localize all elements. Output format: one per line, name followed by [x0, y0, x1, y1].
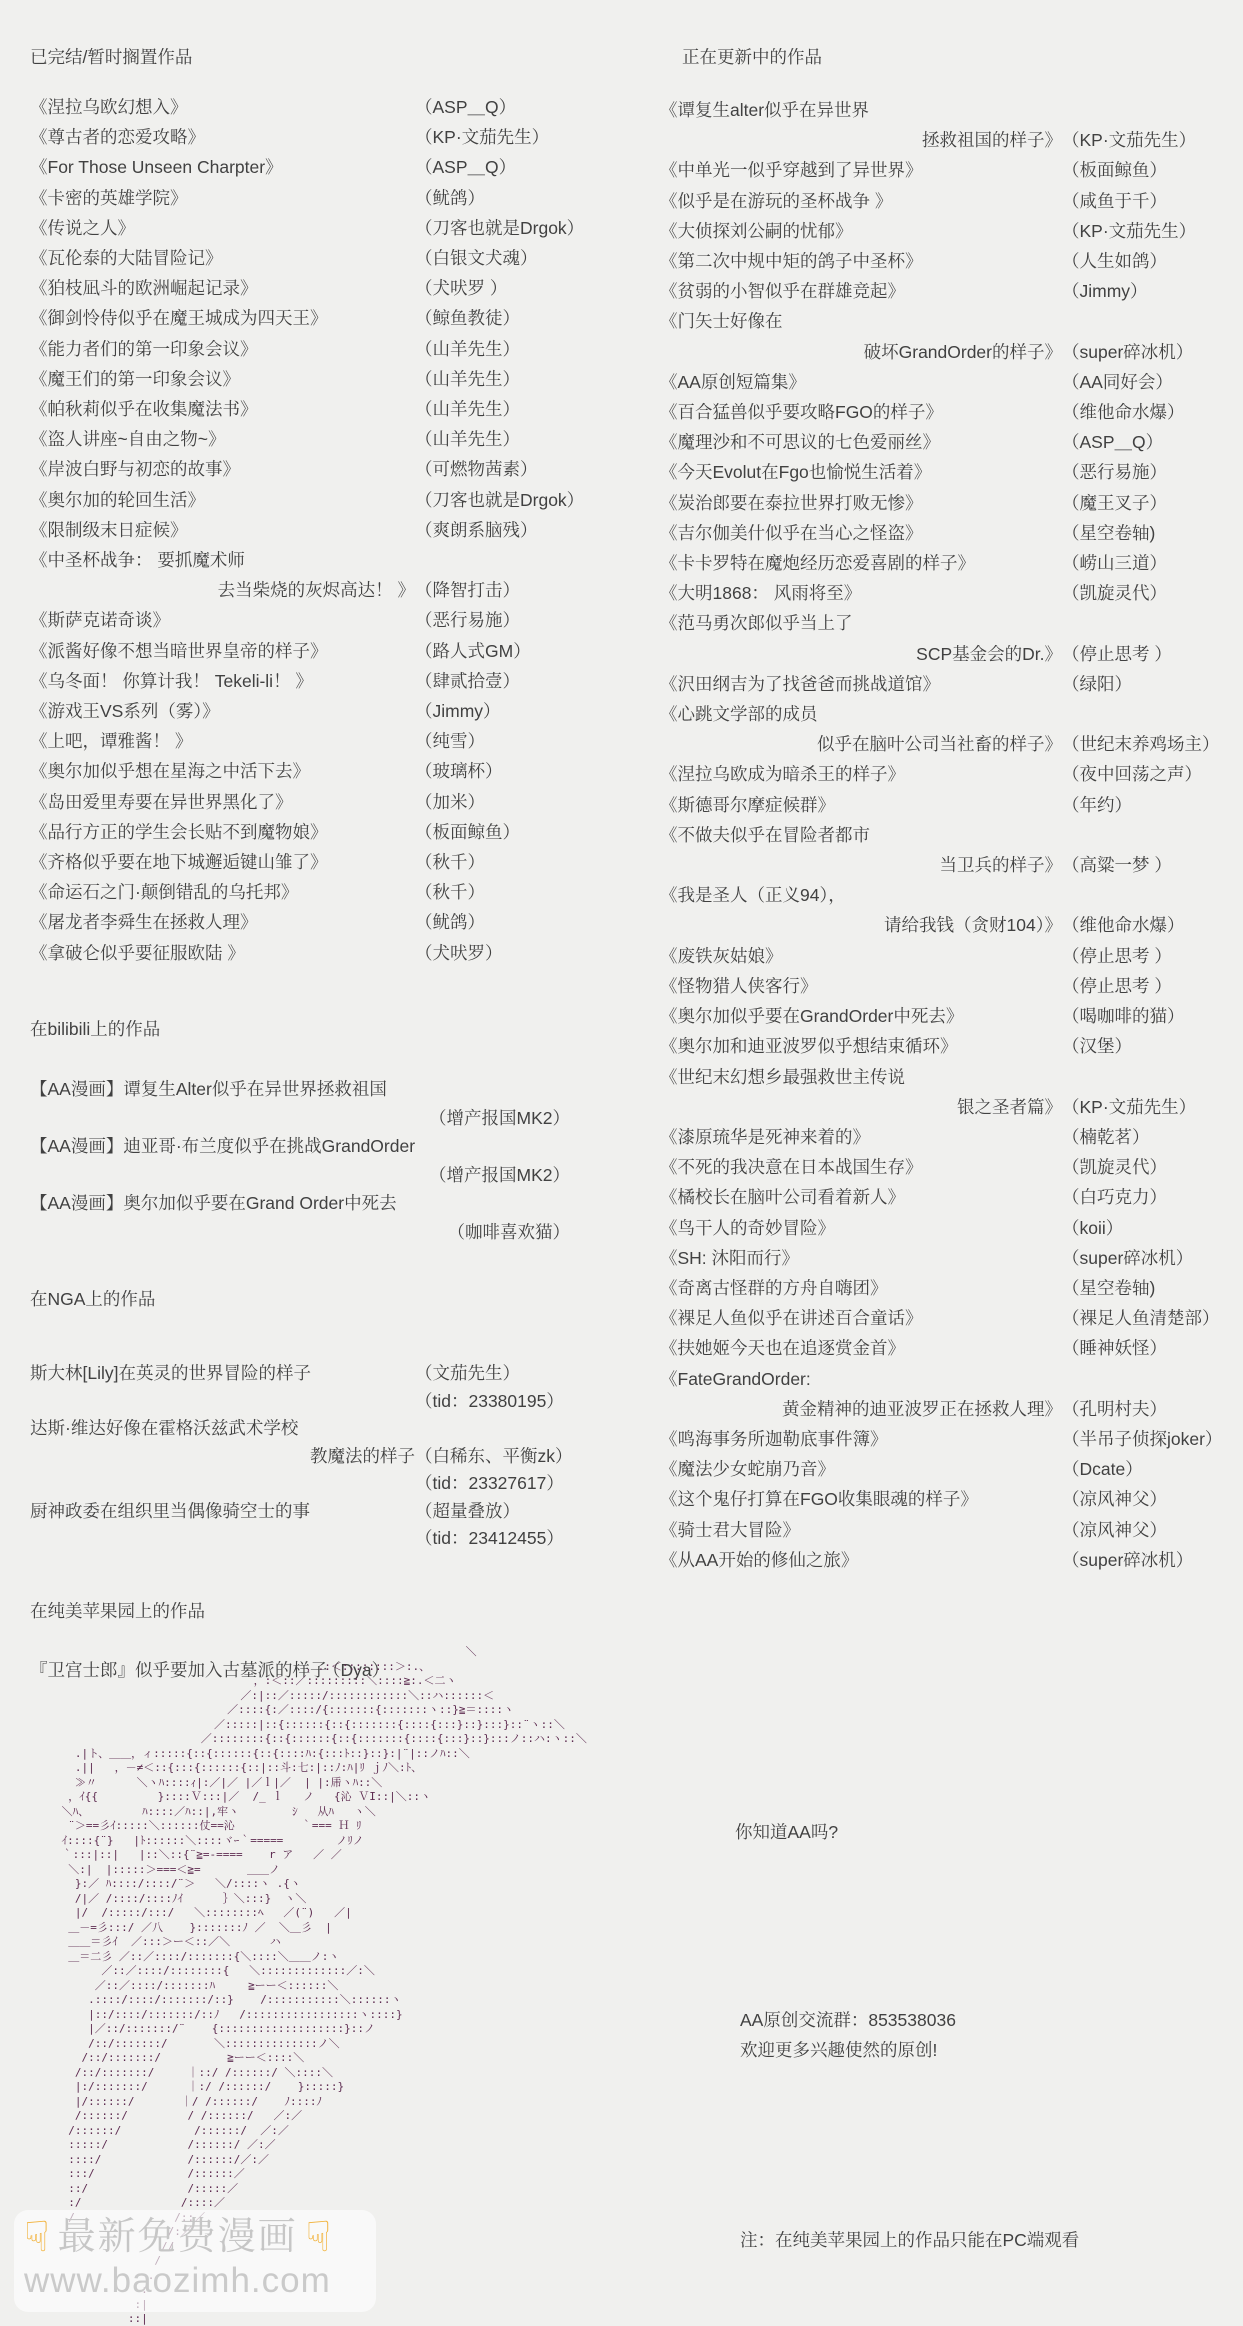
work-author: （降智打击）: [415, 575, 595, 605]
welcome-text: 欢迎更多兴趣使然的原创!: [740, 2038, 937, 2062]
work-row: 《我是圣人（正义94），: [660, 880, 1238, 910]
work-author: （星空卷轴): [1062, 518, 1238, 548]
work-title: 《这个鬼仔打算在FGO收集眼魂的样子》: [660, 1484, 1062, 1514]
work-row: 《大侦探刘公嗣的忧郁》（KP·文茄先生）: [660, 216, 1238, 246]
work-row: （tid：23327617）: [30, 1470, 595, 1498]
aa-question-text: 你知道AA吗?: [735, 1820, 838, 1844]
nga-works-list: 斯大林[Lily]在英灵的世界冒险的样子（文茄先生）（tid：23380195）…: [30, 1360, 595, 1553]
work-row: 《裸足人鱼似乎在讲述百合童话》（裸足人鱼清楚部）: [660, 1303, 1238, 1333]
work-title: 《不做夫似乎在冒险者都市: [660, 820, 1062, 850]
work-row: 《游戏王VS系列（雾）》（Jimmy）: [30, 696, 595, 726]
work-title: 《派酱好像不想当暗世界皇帝的样子》: [30, 636, 415, 666]
work-title: 《奥尔加和迪亚波罗似乎想结束循环》: [660, 1031, 1062, 1061]
work-author: （年约）: [1062, 790, 1238, 820]
work-author: （汉堡）: [1062, 1031, 1238, 1061]
work-title: 《屠龙者李舜生在拯救人理》: [30, 907, 415, 937]
work-title: 《尊古者的恋爱攻略》: [30, 122, 415, 152]
section-header-bilibili: 在bilibili上的作品: [30, 1018, 570, 1040]
work-row: 达斯·维达好像在霍格沃兹武术学校: [30, 1415, 595, 1443]
work-author: （山羊先生）: [415, 364, 595, 394]
work-row: 《斯德哥尔摩症候群》（年约）: [660, 790, 1238, 820]
work-author: （Jimmy）: [415, 696, 595, 726]
work-title: 厨神政委在组织里当偶像骑空士的事: [30, 1498, 415, 1526]
work-row: 【AA漫画】奥尔加似乎要在Grand Order中死去: [30, 1189, 570, 1218]
work-title: 《第二次中规中矩的鸽子中圣杯》: [660, 246, 1062, 276]
point-down-icon: ☟: [24, 2214, 50, 2260]
work-row: 《限制级末日症候》（爽朗系脑残）: [30, 515, 595, 545]
work-author: （板面鲸鱼）: [415, 817, 595, 847]
work-author: （恶行易施）: [1062, 457, 1238, 487]
section-header-completed: 已完结/暂时搁置作品: [30, 46, 595, 68]
work-row: 《吉尔伽美什似乎在当心之怪盗》（星空卷轴): [660, 518, 1238, 548]
work-author: [1062, 1062, 1238, 1092]
work-author: （停止思考 ）: [1062, 971, 1238, 1001]
work-title: 《门矢士好像在: [660, 306, 1062, 336]
work-row: 《卡密的英雄学院》（鱿鸽）: [30, 183, 595, 213]
work-author: （白巧克力）: [1062, 1182, 1238, 1212]
work-row: 《FateGrandOrder:: [660, 1364, 1238, 1394]
work-author: [415, 1415, 595, 1443]
work-row: 《奥尔加似乎要在GrandOrder中死去》（喝咖啡的猫）: [660, 1001, 1238, 1031]
work-title: 《炭治郎要在泰拉世界打败无惨》: [660, 488, 1062, 518]
work-row: 《心跳文学部的成员: [660, 699, 1238, 729]
work-author: （恶行易施）: [415, 605, 595, 635]
work-author: （Jimmy）: [1062, 276, 1238, 306]
work-author: （鱿鸽）: [415, 183, 595, 213]
work-author: （睡神妖怪）: [1062, 1333, 1238, 1363]
work-title: 教魔法的样子: [30, 1443, 415, 1471]
work-author: （tid：23327617）: [415, 1470, 595, 1498]
work-author: （KP·文茄先生）: [415, 122, 595, 152]
work-author: （裸足人鱼清楚部）: [1062, 1303, 1238, 1333]
work-title: 《从AA开始的修仙之旅》: [660, 1545, 1062, 1575]
work-title: 《鸟干人的奇妙冒险》: [660, 1213, 1062, 1243]
work-title: 《裸足人鱼似乎在讲述百合童话》: [660, 1303, 1062, 1333]
work-row: 《盗人讲座~自由之物~》（山羊先生）: [30, 424, 595, 454]
work-row: 《斯萨克诺奇谈》（恶行易施）: [30, 605, 595, 635]
work-row: 《品行方正的学生会长贴不到魔物娘》（板面鲸鱼）: [30, 817, 595, 847]
work-row: 《狛枝凪斗的欧洲崛起记录》（犬吠罗 ）: [30, 273, 595, 303]
work-row: 《范马勇次郎似乎当上了: [660, 608, 1238, 638]
work-author: （山羊先生）: [415, 424, 595, 454]
work-author: （半吊子侦探joker）: [1062, 1424, 1238, 1454]
work-author: （tid：23380195）: [415, 1388, 595, 1416]
work-author: （KP·文茄先生）: [1062, 125, 1238, 155]
work-author: [1062, 1364, 1238, 1394]
work-row: （咖啡喜欢猫）: [30, 1218, 570, 1247]
work-title: 《我是圣人（正义94），: [660, 880, 1062, 910]
work-author: （鲸鱼教徒）: [415, 303, 595, 333]
work-author: （山羊先生）: [415, 334, 595, 364]
work-title: 《乌冬面！ 你算计我！ Tekeli-li！ 》: [30, 666, 415, 696]
section-updating-works: 正在更新中的作品 《谭复生alter似乎在异世界拯救祖国的样子》（KP·文茄先生…: [660, 46, 1238, 1575]
work-author: （KP·文茄先生）: [1062, 216, 1238, 246]
work-row: 《世纪末幻想乡最强救世主传说: [660, 1062, 1238, 1092]
work-author: （玻璃杯）: [415, 756, 595, 786]
work-title: 《百合猛兽似乎要攻略FGO的样子》: [660, 397, 1062, 427]
work-row: 《御剑怜侍似乎在魔王城成为四天王》（鲸鱼教徒）: [30, 303, 595, 333]
work-row: 《尊古者的恋爱攻略》（KP·文茄先生）: [30, 122, 595, 152]
work-row: SCP基金会的Dr.》（停止思考 ）: [660, 639, 1238, 669]
section-bilibili-works: 在bilibili上的作品 【AA漫画】谭复生Alter似乎在异世界拯救祖国（增…: [30, 1018, 570, 1247]
work-title: 《中圣杯战争： 要抓魔术师: [30, 545, 415, 575]
work-row: （增产报国MK2）: [30, 1161, 570, 1190]
work-author: （白银文犬魂）: [415, 243, 595, 273]
work-title: 《涅拉乌欧成为暗杀王的样子》: [660, 759, 1062, 789]
work-row: 《卡卡罗特在魔炮经历恋爱喜剧的样子》（崂山三道）: [660, 548, 1238, 578]
work-row: 《谭复生alter似乎在异世界: [660, 95, 1238, 125]
work-row: 《不死的我决意在日本战国生存》（凯旋灵代）: [660, 1152, 1238, 1182]
work-title: 《废铁灰姑娘》: [660, 941, 1062, 971]
work-title: 《今天Evolut在Fgo也愉悦生活着》: [660, 457, 1062, 487]
work-row: 《奥尔加的轮回生活》（刀客也就是Drgok）: [30, 485, 595, 515]
work-row: 《似乎是在游玩的圣杯战争 》（咸鱼于千）: [660, 186, 1238, 216]
work-row: （tid：23380195）: [30, 1388, 595, 1416]
work-title: 《奥尔加似乎想在星海之中活下去》: [30, 756, 415, 786]
work-title: 《For Those Unseen Charpter》: [30, 152, 415, 182]
point-down-icon: ☟: [306, 2214, 332, 2260]
watermark-headline: ☟ 最新免费漫画 ☟: [24, 2214, 366, 2260]
work-row: 《鸟干人的奇妙冒险》（koii）: [660, 1213, 1238, 1243]
work-row: 《魔法少女蛇崩乃音》（Dcate）: [660, 1454, 1238, 1484]
work-row: 《岛田爱里寿要在异世界黑化了》（加米）: [30, 787, 595, 817]
work-author: （ASP＿Q）: [415, 92, 595, 122]
work-author: （加米）: [415, 787, 595, 817]
work-row: 《怪物猎人侠客行》（停止思考 ）: [660, 971, 1238, 1001]
work-author: （AA同好会）: [1062, 367, 1238, 397]
work-author: （秋千）: [415, 877, 595, 907]
section-nga-works: 在NGA上的作品 斯大林[Lily]在英灵的世界冒险的样子（文茄先生）（tid：…: [30, 1288, 595, 1553]
work-row: 《涅拉乌欧幻想入》（ASP＿Q）: [30, 92, 595, 122]
pc-only-note: 注：在纯美苹果园上的作品只能在PC端观看: [740, 2228, 1079, 2252]
work-title: 《魔法少女蛇崩乃音》: [660, 1454, 1062, 1484]
work-author: （世纪末养鸡场主）: [1062, 729, 1238, 759]
work-author: （可燃物茜素）: [415, 454, 595, 484]
work-title: 《拿破仑似乎要征服欧陆 》: [30, 938, 415, 968]
work-title: 去当柴烧的灰烬高达！ 》: [30, 575, 415, 605]
work-row: 《扶她姬今天也在追逐赏金首》（睡神妖怪）: [660, 1333, 1238, 1363]
work-row: 《屠龙者李舜生在拯救人理》（鱿鸽）: [30, 907, 595, 937]
section-header-nga: 在NGA上的作品: [30, 1288, 595, 1310]
work-title: 《橘校长在脑叶公司看着新人》: [660, 1182, 1062, 1212]
work-row: 《鸣海事务所迦勒底事件簿》（半吊子侦探joker）: [660, 1424, 1238, 1454]
work-row: 《大明1868： 风雨将至》（凯旋灵代）: [660, 578, 1238, 608]
work-author: （崂山三道）: [1062, 548, 1238, 578]
work-title: 《世纪末幻想乡最强救世主传说: [660, 1062, 1062, 1092]
work-author: [1062, 608, 1238, 638]
work-title: 《岸波白野与初恋的故事》: [30, 454, 415, 484]
work-author: [415, 545, 595, 575]
work-title: 《奥尔加似乎要在GrandOrder中死去》: [660, 1001, 1062, 1031]
work-row: 《炭治郎要在泰拉世界打败无惨》（魔王叉子）: [660, 488, 1238, 518]
work-author: （人生如鸽）: [1062, 246, 1238, 276]
work-row: 《废铁灰姑娘》（停止思考 ）: [660, 941, 1238, 971]
work-title: 破坏GrandOrder的样子》: [660, 337, 1062, 367]
work-title: 达斯·维达好像在霍格沃兹武术学校: [30, 1415, 415, 1443]
work-row: 【AA漫画】谭复生Alter似乎在异世界拯救祖国: [30, 1075, 570, 1104]
work-row: 破坏GrandOrder的样子》（super碎冰机）: [660, 337, 1238, 367]
work-title: 斯大林[Lily]在英灵的世界冒险的样子: [30, 1360, 415, 1388]
work-row: 《第二次中规中矩的鸽子中圣杯》（人生如鸽）: [660, 246, 1238, 276]
work-author: （孔明村夫）: [1062, 1394, 1238, 1424]
work-author: （板面鲸鱼）: [1062, 155, 1238, 185]
work-row: 《门矢士好像在: [660, 306, 1238, 336]
work-title: 《品行方正的学生会长贴不到魔物娘》: [30, 817, 415, 847]
work-row: （增产报国MK2）: [30, 1104, 570, 1133]
work-author: （KP·文茄先生）: [1062, 1092, 1238, 1122]
work-row: 《中单光一似乎穿越到了异世界》（板面鲸鱼）: [660, 155, 1238, 185]
work-row: 《乌冬面！ 你算计我！ Tekeli-li！ 》（肆贰拾壹）: [30, 666, 595, 696]
work-row: 银之圣者篇》（KP·文茄先生）: [660, 1092, 1238, 1122]
work-title: 《奇离古怪群的方舟自嗨团》: [660, 1273, 1062, 1303]
work-author: （ASP＿Q）: [415, 152, 595, 182]
work-title: 《命运石之门·颠倒错乱的乌托邦》: [30, 877, 415, 907]
work-title: 《斯萨克诺奇谈》: [30, 605, 415, 635]
work-author: （koii）: [1062, 1213, 1238, 1243]
work-title: 《涅拉乌欧幻想入》: [30, 92, 415, 122]
work-row: 《这个鬼仔打算在FGO收集眼魂的样子》（凉风神父）: [660, 1484, 1238, 1514]
work-author: [1062, 306, 1238, 336]
work-title: 《大侦探刘公嗣的忧郁》: [660, 216, 1062, 246]
work-row: 当卫兵的样子》（高粱一梦 ）: [660, 850, 1238, 880]
work-title: 《盗人讲座~自由之物~》: [30, 424, 415, 454]
work-row: 《从AA开始的修仙之旅》（super碎冰机）: [660, 1545, 1238, 1575]
work-author: （刀客也就是Drgok）: [415, 213, 595, 243]
work-row: 厨神政委在组织里当偶像骑空士的事（超量叠放）: [30, 1498, 595, 1526]
work-author: （super碎冰机）: [1062, 1545, 1238, 1575]
work-author: （鱿鸽）: [415, 907, 595, 937]
work-author: （犬吠罗）: [415, 938, 595, 968]
work-title: 《御剑怜侍似乎在魔王城成为四天王》: [30, 303, 415, 333]
work-author: （咸鱼于千）: [1062, 186, 1238, 216]
work-title: 《魔王们的第一印象会议》: [30, 364, 415, 394]
work-title: 《狛枝凪斗的欧洲崛起记录》: [30, 273, 415, 303]
work-row: 《能力者们的第一印象会议》（山羊先生）: [30, 334, 595, 364]
work-author: （爽朗系脑残）: [415, 515, 595, 545]
work-row: 《百合猛兽似乎要攻略FGO的样子》（维他命水爆）: [660, 397, 1238, 427]
work-row: 请给我钱（贪财104）》（维他命水爆）: [660, 910, 1238, 940]
work-author: [1062, 95, 1238, 125]
work-title: 《谭复生alter似乎在异世界: [660, 95, 1062, 125]
work-author: （夜中回荡之声）: [1062, 759, 1238, 789]
work-row: 《沢田纲吉为了找爸爸而挑战道馆》（绿阳）: [660, 669, 1238, 699]
work-row: 《岸波白野与初恋的故事》（可燃物茜素）: [30, 454, 595, 484]
work-author: （白稀东、平衡zk）: [415, 1443, 595, 1471]
watermark-url: www.baozimh.com: [24, 2260, 366, 2302]
work-title: 当卫兵的样子》: [660, 850, 1062, 880]
qq-group-text: AA原创交流群：853538036: [740, 2008, 956, 2032]
work-title: 《奥尔加的轮回生活》: [30, 485, 415, 515]
work-row: 《奥尔加似乎想在星海之中活下去》（玻璃杯）: [30, 756, 595, 786]
work-row: 《今天Evolut在Fgo也愉悦生活着》（恶行易施）: [660, 457, 1238, 487]
work-title: SCP基金会的Dr.》: [660, 639, 1062, 669]
work-author: （凯旋灵代）: [1062, 1152, 1238, 1182]
work-author: [1062, 880, 1238, 910]
work-author: （维他命水爆）: [1062, 397, 1238, 427]
work-row: 《传说之人》（刀客也就是Drgok）: [30, 213, 595, 243]
work-title: 《吉尔伽美什似乎在当心之怪盗》: [660, 518, 1062, 548]
work-row: 《奇离古怪群的方舟自嗨团》（星空卷轴): [660, 1273, 1238, 1303]
work-title: 《卡卡罗特在魔炮经历恋爱喜剧的样子》: [660, 548, 1062, 578]
work-author: （凉风神父）: [1062, 1484, 1238, 1514]
work-row: 《骑士君大冒险》（凉风神父）: [660, 1515, 1238, 1545]
work-row: 《橘校长在脑叶公司看着新人》（白巧克力）: [660, 1182, 1238, 1212]
work-title: 《AA原创短篇集》: [660, 367, 1062, 397]
work-title: 《能力者们的第一印象会议》: [30, 334, 415, 364]
work-author: （tid：23412455）: [415, 1525, 595, 1553]
work-author: （凉风神父）: [1062, 1515, 1238, 1545]
work-title: 《贫弱的小智似乎在群雄竞起》: [660, 276, 1062, 306]
work-author: （秋千）: [415, 847, 595, 877]
work-author: （喝咖啡的猫）: [1062, 1001, 1238, 1031]
work-row: 《魔理沙和不可思议的七色爱丽丝》（ASP＿Q）: [660, 427, 1238, 457]
work-title: 黄金精神的迪亚波罗正在拯救人理》: [660, 1394, 1062, 1424]
work-row: 黄金精神的迪亚波罗正在拯救人理》（孔明村夫）: [660, 1394, 1238, 1424]
work-title: [30, 1388, 415, 1416]
work-title: 《骑士君大冒险》: [660, 1515, 1062, 1545]
work-row: 斯大林[Lily]在英灵的世界冒险的样子（文茄先生）: [30, 1360, 595, 1388]
work-author: （刀客也就是Drgok）: [415, 485, 595, 515]
work-author: [1062, 699, 1238, 729]
work-title: 《心跳文学部的成员: [660, 699, 1062, 729]
work-author: （犬吠罗 ）: [415, 273, 595, 303]
site-watermark: ☟ 最新免费漫画 ☟ www.baozimh.com: [14, 2210, 376, 2312]
work-row: 《奥尔加和迪亚波罗似乎想结束循环》（汉堡）: [660, 1031, 1238, 1061]
work-author: （ASP＿Q）: [1062, 427, 1238, 457]
work-title: 《范马勇次郎似乎当上了: [660, 608, 1062, 638]
work-author: （绿阳）: [1062, 669, 1238, 699]
work-row: 《命运石之门·颠倒错乱的乌托邦》（秋千）: [30, 877, 595, 907]
section-header-updating: 正在更新中的作品: [660, 46, 1238, 68]
work-row: 《派酱好像不想当暗世界皇帝的样子》（路人式GM）: [30, 636, 595, 666]
work-title: [30, 1470, 415, 1498]
work-title: 《上吧，谭雅酱！ 》: [30, 726, 415, 756]
work-title: 《FateGrandOrder:: [660, 1364, 1062, 1394]
work-row: 《不做夫似乎在冒险者都市: [660, 820, 1238, 850]
work-title: 《SH: 沐阳而行》: [660, 1243, 1062, 1273]
work-title: 《卡密的英雄学院》: [30, 183, 415, 213]
section-header-appleorchard: 在纯美苹果园上的作品: [30, 1600, 570, 1622]
work-title: 《魔理沙和不可思议的七色爱丽丝》: [660, 427, 1062, 457]
work-row: 【AA漫画】迪亚哥·布兰度似乎在挑战GrandOrder: [30, 1132, 570, 1161]
work-author: （文茄先生）: [415, 1360, 595, 1388]
work-title: 《似乎是在游玩的圣杯战争 》: [660, 186, 1062, 216]
work-title: 《帕秋莉似乎在收集魔法书》: [30, 394, 415, 424]
work-author: （super碎冰机）: [1062, 337, 1238, 367]
work-row: 《帕秋莉似乎在收集魔法书》（山羊先生）: [30, 394, 595, 424]
work-title: 《鸣海事务所迦勒底事件簿》: [660, 1424, 1062, 1454]
work-title: 《怪物猎人侠客行》: [660, 971, 1062, 1001]
work-title: 似乎在脑叶公司当社畜的样子》: [660, 729, 1062, 759]
work-author: （超量叠放）: [415, 1498, 595, 1526]
work-title: 拯救祖国的样子》: [660, 125, 1062, 155]
work-author: （super碎冰机）: [1062, 1243, 1238, 1273]
work-author: [1062, 820, 1238, 850]
work-title: 《限制级末日症候》: [30, 515, 415, 545]
work-author: （高粱一梦 ）: [1062, 850, 1238, 880]
work-author: （山羊先生）: [415, 394, 595, 424]
work-row: 《中圣杯战争： 要抓魔术师: [30, 545, 595, 575]
watermark-text: 最新免费漫画: [58, 2214, 298, 2260]
bilibili-works-list: 【AA漫画】谭复生Alter似乎在异世界拯救祖国（增产报国MK2）【AA漫画】迪…: [30, 1075, 570, 1247]
work-author: （路人式GM）: [415, 636, 595, 666]
work-title: 《岛田爱里寿要在异世界黑化了》: [30, 787, 415, 817]
updating-works-list: 《谭复生alter似乎在异世界拯救祖国的样子》（KP·文茄先生）《中单光一似乎穿…: [660, 95, 1238, 1575]
work-author: （停止思考 ）: [1062, 639, 1238, 669]
section-completed-works: 已完结/暂时搁置作品 《涅拉乌欧幻想入》（ASP＿Q）《尊古者的恋爱攻略》（KP…: [30, 46, 595, 968]
work-row: （tid：23412455）: [30, 1525, 595, 1553]
work-author: （纯雪）: [415, 726, 595, 756]
work-author: （肆贰拾壹）: [415, 666, 595, 696]
work-row: 《SH: 沐阳而行》（super碎冰机）: [660, 1243, 1238, 1273]
completed-works-list: 《涅拉乌欧幻想入》（ASP＿Q）《尊古者的恋爱攻略》（KP·文茄先生）《For …: [30, 92, 595, 968]
work-row: 《齐格似乎要在地下城邂逅键山雏了》（秋千）: [30, 847, 595, 877]
work-row: 《魔王们的第一印象会议》（山羊先生）: [30, 364, 595, 394]
work-row: 《贫弱的小智似乎在群雄竞起》（Jimmy）: [660, 276, 1238, 306]
work-title: 《斯德哥尔摩症候群》: [660, 790, 1062, 820]
work-title: 《游戏王VS系列（雾）》: [30, 696, 415, 726]
work-title: 《不死的我决意在日本战国生存》: [660, 1152, 1062, 1182]
work-title: 《沢田纲吉为了找爸爸而挑战道馆》: [660, 669, 1062, 699]
work-title: 《瓦伦泰的大陆冒险记》: [30, 243, 415, 273]
work-row: 似乎在脑叶公司当社畜的样子》（世纪末养鸡场主）: [660, 729, 1238, 759]
work-author: （维他命水爆）: [1062, 910, 1238, 940]
work-row: 去当柴烧的灰烬高达！ 》（降智打击）: [30, 575, 595, 605]
work-author: （魔王叉子）: [1062, 488, 1238, 518]
work-row: 拯救祖国的样子》（KP·文茄先生）: [660, 125, 1238, 155]
work-row: 教魔法的样子（白稀东、平衡zk）: [30, 1443, 595, 1471]
work-row: 《拿破仑似乎要征服欧陆 》（犬吠罗）: [30, 938, 595, 968]
work-row: 《涅拉乌欧成为暗杀王的样子》（夜中回荡之声）: [660, 759, 1238, 789]
work-title: 《扶她姬今天也在追逐赏金首》: [660, 1333, 1062, 1363]
work-author: （停止思考 ）: [1062, 941, 1238, 971]
work-row: 《瓦伦泰的大陆冒险记》（白银文犬魂）: [30, 243, 595, 273]
work-author: （星空卷轴): [1062, 1273, 1238, 1303]
work-author: （凯旋灵代）: [1062, 578, 1238, 608]
work-title: 《齐格似乎要在地下城邂逅键山雏了》: [30, 847, 415, 877]
work-title: 《中单光一似乎穿越到了异世界》: [660, 155, 1062, 185]
work-row: 《AA原创短篇集》（AA同好会）: [660, 367, 1238, 397]
work-author: （Dcate）: [1062, 1454, 1238, 1484]
work-row: 《漆原琉华是死神来着的》（楠乾茗）: [660, 1122, 1238, 1152]
work-title: 银之圣者篇》: [660, 1092, 1062, 1122]
work-title: [30, 1525, 415, 1553]
work-title: 请给我钱（贪财104）》: [660, 910, 1062, 940]
work-title: 《大明1868： 风雨将至》: [660, 578, 1062, 608]
work-row: 《For Those Unseen Charpter》（ASP＿Q）: [30, 152, 595, 182]
work-author: （楠乾茗）: [1062, 1122, 1238, 1152]
work-row: 《上吧，谭雅酱！ 》（纯雪）: [30, 726, 595, 756]
work-title: 《漆原琉华是死神来着的》: [660, 1122, 1062, 1152]
work-title: 《传说之人》: [30, 213, 415, 243]
